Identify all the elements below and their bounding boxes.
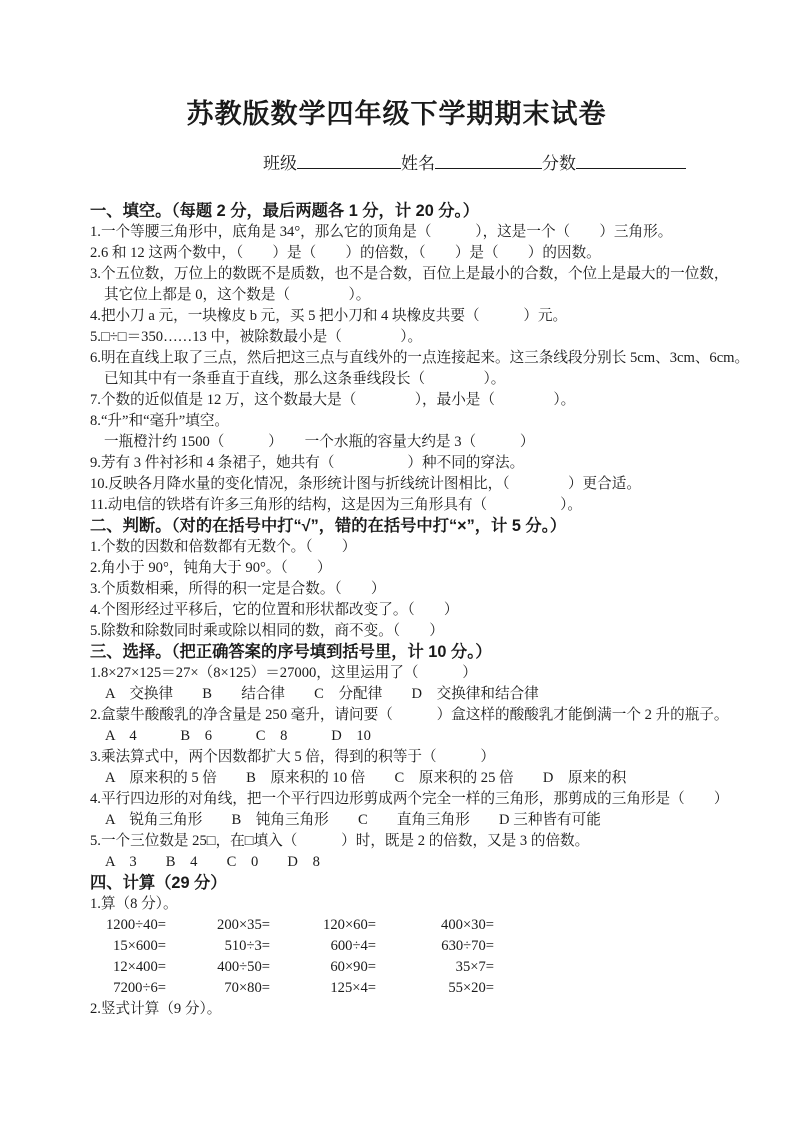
calc-grid: 1200÷40= 200×35= 120×60= 400×30= 15×600=…: [90, 915, 707, 999]
option-line: A 锐角三角形 B 钝角三角形 C 直角三角形 D 三种皆有可能: [90, 810, 707, 831]
class-blank-line: [297, 150, 401, 169]
question-line: 2.盒蒙牛酸酸乳的净含量是 250 毫升，请问要（ ）盒这样的酸酸乳才能倒满一个…: [90, 705, 707, 726]
question-line: 6.明在直线上取了三点，然后把这三点与直线外的一点连接起来。这三条线段分别长 5…: [90, 348, 707, 369]
calc-expression: 70×80=: [166, 978, 270, 999]
question-line: 2.6 和 12 这两个数中，（ ）是（ ）的倍数，（ ）是（ ）的因数。: [90, 243, 707, 264]
section-fill-blanks: 一、填空。（每题 2 分，最后两题各 1 分，计 20 分。） 1.一个等腰三角…: [90, 201, 707, 516]
option-line: A 3 B 4 C 0 D 8: [90, 852, 707, 873]
section-judgment: 二、判断。（对的在括号中打“√”，错的在括号中打“×”，计 5 分。） 1.个数…: [90, 516, 707, 642]
name-label: 姓名: [401, 152, 435, 176]
question-line: 8.“升”和“毫升”填空。: [90, 411, 707, 432]
question-line: 4.个图形经过平移后，它的位置和形状都改变了。（ ）: [90, 600, 707, 621]
option-line: A 原来积的 5 倍 B 原来积的 10 倍 C 原来积的 25 倍 D 原来的…: [90, 768, 707, 789]
question-line: 5.□÷□＝350……13 中，被除数最小是（ ）。: [90, 327, 707, 348]
question-line: 9.芳有 3 件衬衫和 4 条裙子，她共有（ ）种不同的穿法。: [90, 453, 707, 474]
exam-page: 苏教版数学四年级下学期期末试卷 班级姓名分数 一、填空。（每题 2 分，最后两题…: [0, 0, 793, 1122]
question-line: 3.个质数相乘，所得的积一定是合数。（ ）: [90, 579, 707, 600]
calc-expression: 125×4=: [270, 978, 376, 999]
calc-expression: 400÷50=: [166, 957, 270, 978]
question-line: 1.8×27×125＝27×（8×125）＝27000，这里运用了（ ）: [90, 663, 707, 684]
section-choice: 三、选择。（把正确答案的序号填到括号里，计 10 分。） 1.8×27×125＝…: [90, 642, 707, 873]
calc-expression: 35×7=: [376, 957, 494, 978]
subsection-label: 1.算（8 分）。: [90, 894, 707, 915]
calc-expression: 12×400=: [90, 957, 166, 978]
exam-title: 苏教版数学四年级下学期期末试卷: [0, 0, 793, 133]
section-heading: 三、选择。（把正确答案的序号填到括号里，计 10 分。）: [90, 642, 707, 663]
question-line: 11.动电信的铁塔有许多三角形的结构，这是因为三角形具有（ ）。: [90, 495, 707, 516]
subsection-label: 2.竖式计算（9 分）。: [90, 999, 707, 1020]
option-line: A 交换律 B 结合律 C 分配律 D 交换律和结合律: [90, 684, 707, 705]
calc-expression: 400×30=: [376, 915, 494, 936]
calc-expression: 200×35=: [166, 915, 270, 936]
student-info-row: 班级姓名分数: [263, 150, 793, 176]
class-label: 班级: [263, 152, 297, 176]
score-label: 分数: [542, 152, 576, 176]
calc-expression: 630÷70=: [376, 936, 494, 957]
continuation-line: 一瓶橙汁约 1500（ ） 一个水瓶的容量大约是 3（ ）: [90, 432, 707, 453]
question-line: 3.乘法算式中，两个因数都扩大 5 倍，得到的积等于（ ）: [90, 747, 707, 768]
name-blank-line: [435, 150, 542, 169]
exam-body: 一、填空。（每题 2 分，最后两题各 1 分，计 20 分。） 1.一个等腰三角…: [90, 201, 707, 1020]
section-heading: 一、填空。（每题 2 分，最后两题各 1 分，计 20 分。）: [90, 201, 707, 222]
question-line: 1.个数的因数和倍数都有无数个。（ ）: [90, 537, 707, 558]
calc-expression: 600÷4=: [270, 936, 376, 957]
calc-expression: 7200÷6=: [90, 978, 166, 999]
section-heading: 二、判断。（对的在括号中打“√”，错的在括号中打“×”，计 5 分。）: [90, 516, 707, 537]
calc-expression: 55×20=: [376, 978, 494, 999]
question-line: 4.把小刀 a 元，一块橡皮 b 元，买 5 把小刀和 4 块橡皮共要（ ）元。: [90, 306, 707, 327]
question-line: 7.个数的近似值是 12 万，这个数最大是（ ），最小是（ ）。: [90, 390, 707, 411]
calc-expression: 60×90=: [270, 957, 376, 978]
calc-expression: 510÷3=: [166, 936, 270, 957]
question-line: 5.一个三位数是 25□，在□填入（ ）时，既是 2 的倍数，又是 3 的倍数。: [90, 831, 707, 852]
question-line: 4.平行四边形的对角线，把一个平行四边形剪成两个完全一样的三角形，那剪成的三角形…: [90, 789, 707, 810]
question-line: 3.个五位数，万位上的数既不是质数，也不是合数，百位上是最小的合数，个位上是最大…: [90, 264, 707, 285]
continuation-line: 其它位上都是 0，这个数是（ ）。: [90, 285, 707, 306]
question-line: 10.反映各月降水量的变化情况，条形统计图与折线统计图相比，（ ）更合适。: [90, 474, 707, 495]
section-heading: 四、计算（29 分）: [90, 873, 707, 894]
continuation-line: 已知其中有一条垂直于直线，那么这条垂线段长（ ）。: [90, 369, 707, 390]
option-line: A 4 B 6 C 8 D 10: [90, 726, 707, 747]
question-line: 5.除数和除数同时乘或除以相同的数，商不变。（ ）: [90, 621, 707, 642]
calc-expression: 15×600=: [90, 936, 166, 957]
question-line: 2.角小于 90°，钝角大于 90°。（ ）: [90, 558, 707, 579]
question-line: 1.一个等腰三角形中，底角是 34°，那么它的顶角是（ ），这是一个（ ）三角形…: [90, 222, 707, 243]
score-blank-line: [576, 150, 686, 169]
section-calculation: 四、计算（29 分） 1.算（8 分）。 1200÷40= 200×35= 12…: [90, 873, 707, 1020]
calc-expression: 1200÷40=: [90, 915, 166, 936]
calc-expression: 120×60=: [270, 915, 376, 936]
